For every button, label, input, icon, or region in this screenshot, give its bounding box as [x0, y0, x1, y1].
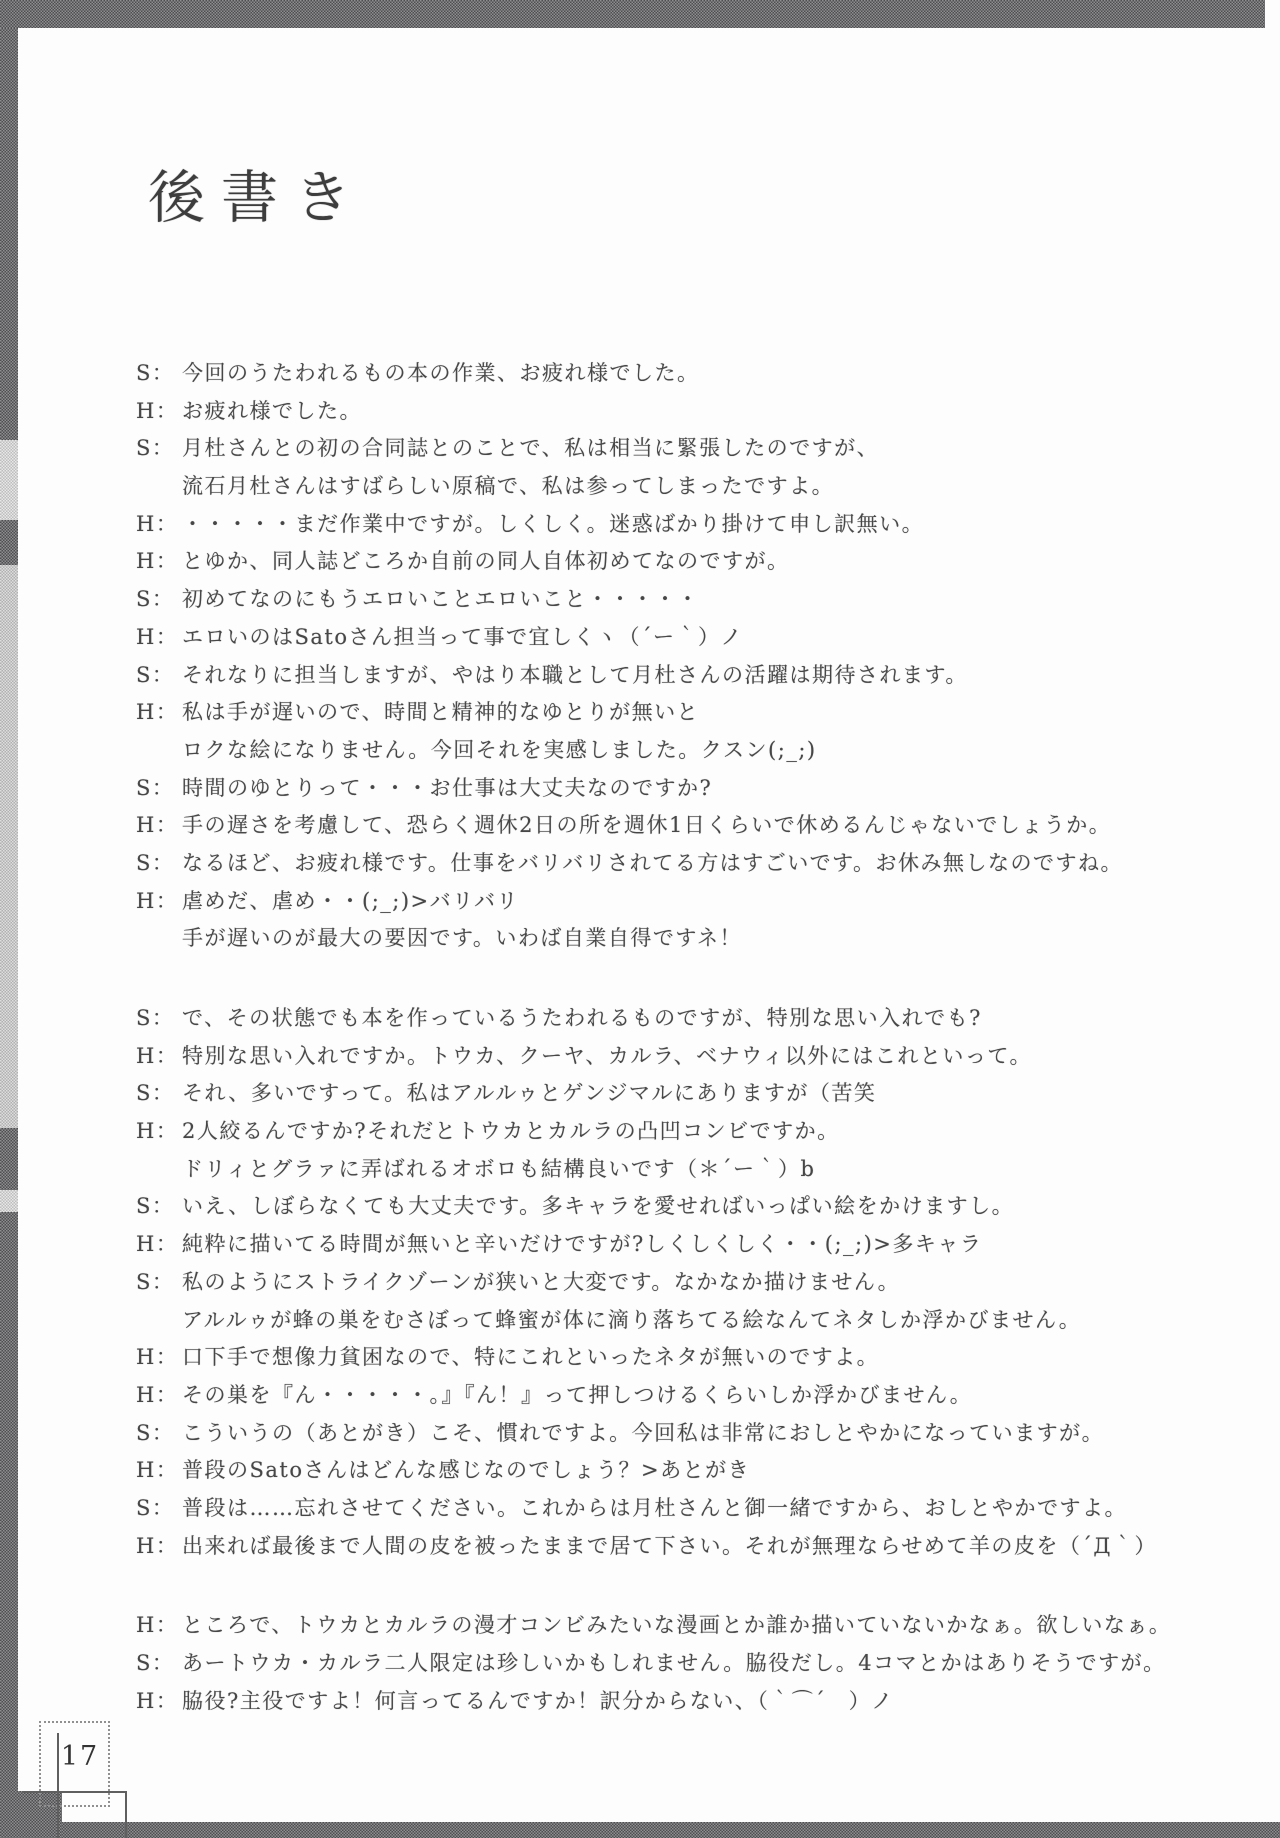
speaker-label: H：	[136, 1115, 182, 1145]
dialogue-text: 流石月杜さんはすばらしい原稿で、私は参ってしまったですよ。	[182, 470, 834, 500]
speaker-label: H：	[136, 1040, 182, 1070]
speaker-label: H：	[136, 1379, 182, 1409]
speaker-label: S：	[136, 1647, 182, 1677]
page-edge-left-dark-2	[0, 520, 18, 565]
dialogue-text: 口下手で想像力貧困なので、特にこれといったネタが無いのですよ。	[182, 1341, 879, 1371]
dialogue-text: いえ、しぼらなくても大丈夫です。多キャラを愛せればいっぱい絵をかけますし。	[182, 1190, 1014, 1220]
page-number-solid-box	[22, 1791, 127, 1838]
dialogue-text: それなりに担当しますが、やはり本職として月杜さんの活躍は期待されます。	[182, 659, 968, 689]
speaker-label: S：	[136, 1266, 182, 1296]
speaker-label: H：	[136, 1341, 182, 1371]
dialogue-line: H： 虐めだ、虐め・・(;_;)>バリバリ	[136, 885, 1256, 923]
dialogue-text: で、その状態でも本を作っているうたわれるものですが、特別な思い入れでも?	[182, 1002, 982, 1032]
speaker-label: S：	[136, 1002, 182, 1032]
speaker-label: S：	[136, 1417, 182, 1447]
dialogue-text: エロいのはSatoさん担当って事で宜しくヽ（´ー｀）ノ	[182, 621, 743, 651]
page-edge-left-mid	[0, 565, 18, 1128]
dialogue-text: 普段は……忘れさせてください。これからは月杜さんと御一緒ですから、おしとやかです…	[182, 1492, 1127, 1522]
dialogue-text: ・・・・・まだ作業中ですが。しくしく。迷惑ばかり掛けて申し訳無い。	[182, 508, 924, 538]
dialogue: S： 今回のうたわれるもの本の作業、お疲れ様でした。 H： お疲れ様でした。 S…	[136, 357, 1256, 1722]
dialogue-text: お疲れ様でした。	[182, 395, 362, 425]
dialogue-text: 虐めだ、虐め・・(;_;)>バリバリ	[182, 885, 519, 915]
speaker-label: S：	[136, 583, 182, 613]
dialogue-line: S： それなりに担当しますが、やはり本職として月杜さんの活躍は期待されます。	[136, 659, 1256, 697]
dialogue-text: こういうの（あとがき）こそ、慣れですよ。今回私は非常におしとやかになっていますが…	[182, 1417, 1104, 1447]
paragraph-gap	[136, 1567, 1256, 1609]
dialogue-line: ロクな絵になりません。今回それを実感しました。クスン(;_;)	[136, 734, 1256, 772]
dialogue-line: H： 2人絞るんですか?それだとトウカとカルラの凸凹コンビですか。	[136, 1115, 1256, 1153]
speaker-label: S：	[136, 847, 182, 877]
dialogue-text: あートウカ・カルラ二人限定は珍しいかもしれません。脇役だし。4コマとかはありそう…	[182, 1647, 1166, 1677]
dialogue-line: H： 脇役?主役ですよ！何言ってるんですか！訳分からない、（｀⌒´ ）ノ	[136, 1685, 1256, 1723]
dialogue-line: S： こういうの（あとがき）こそ、慣れですよ。今回私は非常におしとやかになってい…	[136, 1417, 1256, 1455]
speaker-label: S：	[136, 432, 182, 462]
dialogue-line: S： 時間のゆとりって・・・お仕事は大丈夫なのですか?	[136, 772, 1256, 810]
dialogue-text: ドリィとグラァに弄ばれるオボロも結構良いです（＊´ー｀）b	[182, 1153, 815, 1183]
speaker-label: H：	[136, 1228, 182, 1258]
page-number: 17	[50, 1741, 110, 1772]
dialogue-line: H： その巣を『ん・・・・・。』『ん！』って押しつけるくらいしか浮かびません。	[136, 1379, 1256, 1417]
speaker-label: S：	[136, 772, 182, 802]
dialogue-text: 私のようにストライクゾーンが狭いと大変です。なかなか描けません。	[182, 1266, 900, 1296]
dialogue-line: S： あートウカ・カルラ二人限定は珍しいかもしれません。脇役だし。4コマとかはあ…	[136, 1647, 1256, 1685]
dialogue-text: その巣を『ん・・・・・。』『ん！』って押しつけるくらいしか浮かびません。	[182, 1379, 972, 1409]
speaker-label: S：	[136, 357, 182, 387]
dialogue-line: H： 手の遅さを考慮して、恐らく週休2日の所を週休1日くらいで休めるんじゃないで…	[136, 809, 1256, 847]
dialogue-line: 流石月杜さんはすばらしい原稿で、私は参ってしまったですよ。	[136, 470, 1256, 508]
dialogue-line: S： 月杜さんとの初の合同誌とのことで、私は相当に緊張したのですが、	[136, 432, 1256, 470]
speaker-label: H：	[136, 696, 182, 726]
speaker-label: H：	[136, 1530, 182, 1560]
dialogue-line: S： 私のようにストライクゾーンが狭いと大変です。なかなか描けません。	[136, 1266, 1256, 1304]
dialogue-line: 手が遅いのが最大の要因です。いわば自業自得ですネ！	[136, 922, 1256, 960]
dialogue-line: H： ところで、トウカとカルラの漫才コンビみたいな漫画とか誰か描いていないかなぁ…	[136, 1609, 1256, 1647]
page-title: 後書き	[148, 152, 367, 234]
dialogue-text: 手が遅いのが最大の要因です。いわば自業自得ですネ！	[182, 922, 742, 952]
speaker-label: S：	[136, 1190, 182, 1220]
speaker-label: H：	[136, 508, 182, 538]
page-edge-left-dark-3	[0, 1128, 18, 1190]
dialogue-line: H： 純粋に描いてる時間が無いと辛いだけですが?しくしくしく・・(;_;)>多キ…	[136, 1228, 1256, 1266]
dialogue-text: 純粋に描いてる時間が無いと辛いだけですが?しくしくしく・・(;_;)>多キャラ	[182, 1228, 982, 1258]
page-edge-left-dark-1	[0, 28, 18, 440]
dialogue-line: S： 今回のうたわれるもの本の作業、お疲れ様でした。	[136, 357, 1256, 395]
dialogue-text: ところで、トウカとカルラの漫才コンビみたいな漫画とか誰か描いていないかなぁ。欲し…	[182, 1609, 1171, 1639]
dialogue-text: アルルゥが蜂の巣をむさぼって蜂蜜が体に滴り落ちてる絵なんてネタしか浮かびません。	[182, 1304, 1081, 1334]
dialogue-line: S： なるほど、お疲れ様です。仕事をバリバリされてる方はすごいです。お休み無しな…	[136, 847, 1256, 885]
speaker-label: H：	[136, 1609, 182, 1639]
dialogue-text: 時間のゆとりって・・・お仕事は大丈夫なのですか?	[182, 772, 712, 802]
dialogue-line: S： 普段は……忘れさせてください。これからは月杜さんと御一緒ですから、おしとや…	[136, 1492, 1256, 1530]
dialogue-line: H： とゆか、同人誌どころか自前の同人自体初めてなのですが。	[136, 545, 1256, 583]
dialogue-line: S： 初めてなのにもうエロいことエロいこと・・・・・	[136, 583, 1256, 621]
speaker-label: S：	[136, 659, 182, 689]
dialogue-text: 出来れば最後まで人間の皮を被ったままで居て下さい。それが無理ならせめて羊の皮を（…	[182, 1530, 1157, 1560]
speaker-label: H：	[136, 1685, 182, 1715]
speaker-label: S：	[136, 1077, 182, 1107]
speaker-label: H：	[136, 809, 182, 839]
dialogue-line: H： エロいのはSatoさん担当って事で宜しくヽ（´ー｀）ノ	[136, 621, 1256, 659]
dialogue-line: H： ・・・・・まだ作業中ですが。しくしく。迷惑ばかり掛けて申し訳無い。	[136, 508, 1256, 546]
dialogue-text: 月杜さんとの初の合同誌とのことで、私は相当に緊張したのですが、	[182, 432, 879, 462]
dialogue-line: H： 口下手で想像力貧困なので、特にこれといったネタが無いのですよ。	[136, 1341, 1256, 1379]
dialogue-line: H： お疲れ様でした。	[136, 395, 1256, 433]
dialogue-line: H： 特別な思い入れですか。トウカ、クーヤ、カルラ、ベナウィ以外にはこれといって…	[136, 1040, 1256, 1078]
speaker-label: H：	[136, 1454, 182, 1484]
speaker-label: H：	[136, 621, 182, 651]
page-edge-top	[0, 0, 1265, 28]
dialogue-line: S： それ、多いですって。私はアルルゥとゲンジマルにありますが（苦笑	[136, 1077, 1256, 1115]
paragraph-gap	[136, 960, 1256, 1002]
scanned-page: 後書き S： 今回のうたわれるもの本の作業、お疲れ様でした。 H： お疲れ様でし…	[0, 0, 1280, 1838]
dialogue-text: 私は手が遅いので、時間と精神的なゆとりが無いと	[182, 696, 699, 726]
dialogue-line: S： いえ、しぼらなくても大丈夫です。多キャラを愛せればいっぱい絵をかけますし。	[136, 1190, 1256, 1228]
dialogue-text: 手の遅さを考慮して、恐らく週休2日の所を週休1日くらいで休めるんじゃないでしょう…	[182, 809, 1111, 839]
dialogue-line: H： 出来れば最後まで人間の皮を被ったままで居て下さい。それが無理ならせめて羊の…	[136, 1530, 1256, 1568]
dialogue-text: 普段のSatoさんはどんな感じなのでしょう？>あとがき	[182, 1454, 750, 1484]
dialogue-line: H： 私は手が遅いので、時間と精神的なゆとりが無いと	[136, 696, 1256, 734]
dialogue-line: S： で、その状態でも本を作っているうたわれるものですが、特別な思い入れでも?	[136, 1002, 1256, 1040]
page-edge-left-light-1	[0, 440, 18, 520]
page-edge-bottom	[0, 1822, 1280, 1838]
dialogue-text: 脇役?主役ですよ！何言ってるんですか！訳分からない、（｀⌒´ ）ノ	[182, 1685, 894, 1715]
dialogue-text: とゆか、同人誌どころか自前の同人自体初めてなのですが。	[182, 545, 790, 575]
speaker-label: S：	[136, 1492, 182, 1522]
speaker-label: H：	[136, 545, 182, 575]
page-edge-left-dark-4	[0, 1212, 18, 1838]
dialogue-text: それ、多いですって。私はアルルゥとゲンジマルにありますが（苦笑	[182, 1077, 876, 1107]
dialogue-line: アルルゥが蜂の巣をむさぼって蜂蜜が体に滴り落ちてる絵なんてネタしか浮かびません。	[136, 1304, 1256, 1342]
dialogue-text: 特別な思い入れですか。トウカ、クーヤ、カルラ、ベナウィ以外にはこれといって。	[182, 1040, 1032, 1070]
dialogue-text: 初めてなのにもうエロいことエロいこと・・・・・	[182, 583, 700, 613]
dialogue-line: ドリィとグラァに弄ばれるオボロも結構良いです（＊´ー｀）b	[136, 1153, 1256, 1191]
dialogue-line: H： 普段のSatoさんはどんな感じなのでしょう？>あとがき	[136, 1454, 1256, 1492]
speaker-label: H：	[136, 395, 182, 425]
dialogue-text: 2人絞るんですか?それだとトウカとカルラの凸凹コンビですか。	[182, 1115, 840, 1145]
dialogue-text: 今回のうたわれるもの本の作業、お疲れ様でした。	[182, 357, 700, 387]
dialogue-text: なるほど、お疲れ様です。仕事をバリバリされてる方はすごいです。お休み無しなのです…	[182, 847, 1123, 877]
dialogue-text: ロクな絵になりません。今回それを実感しました。クスン(;_;)	[182, 734, 817, 764]
page-edge-left-light-2	[0, 1190, 18, 1212]
speaker-label: H：	[136, 885, 182, 915]
